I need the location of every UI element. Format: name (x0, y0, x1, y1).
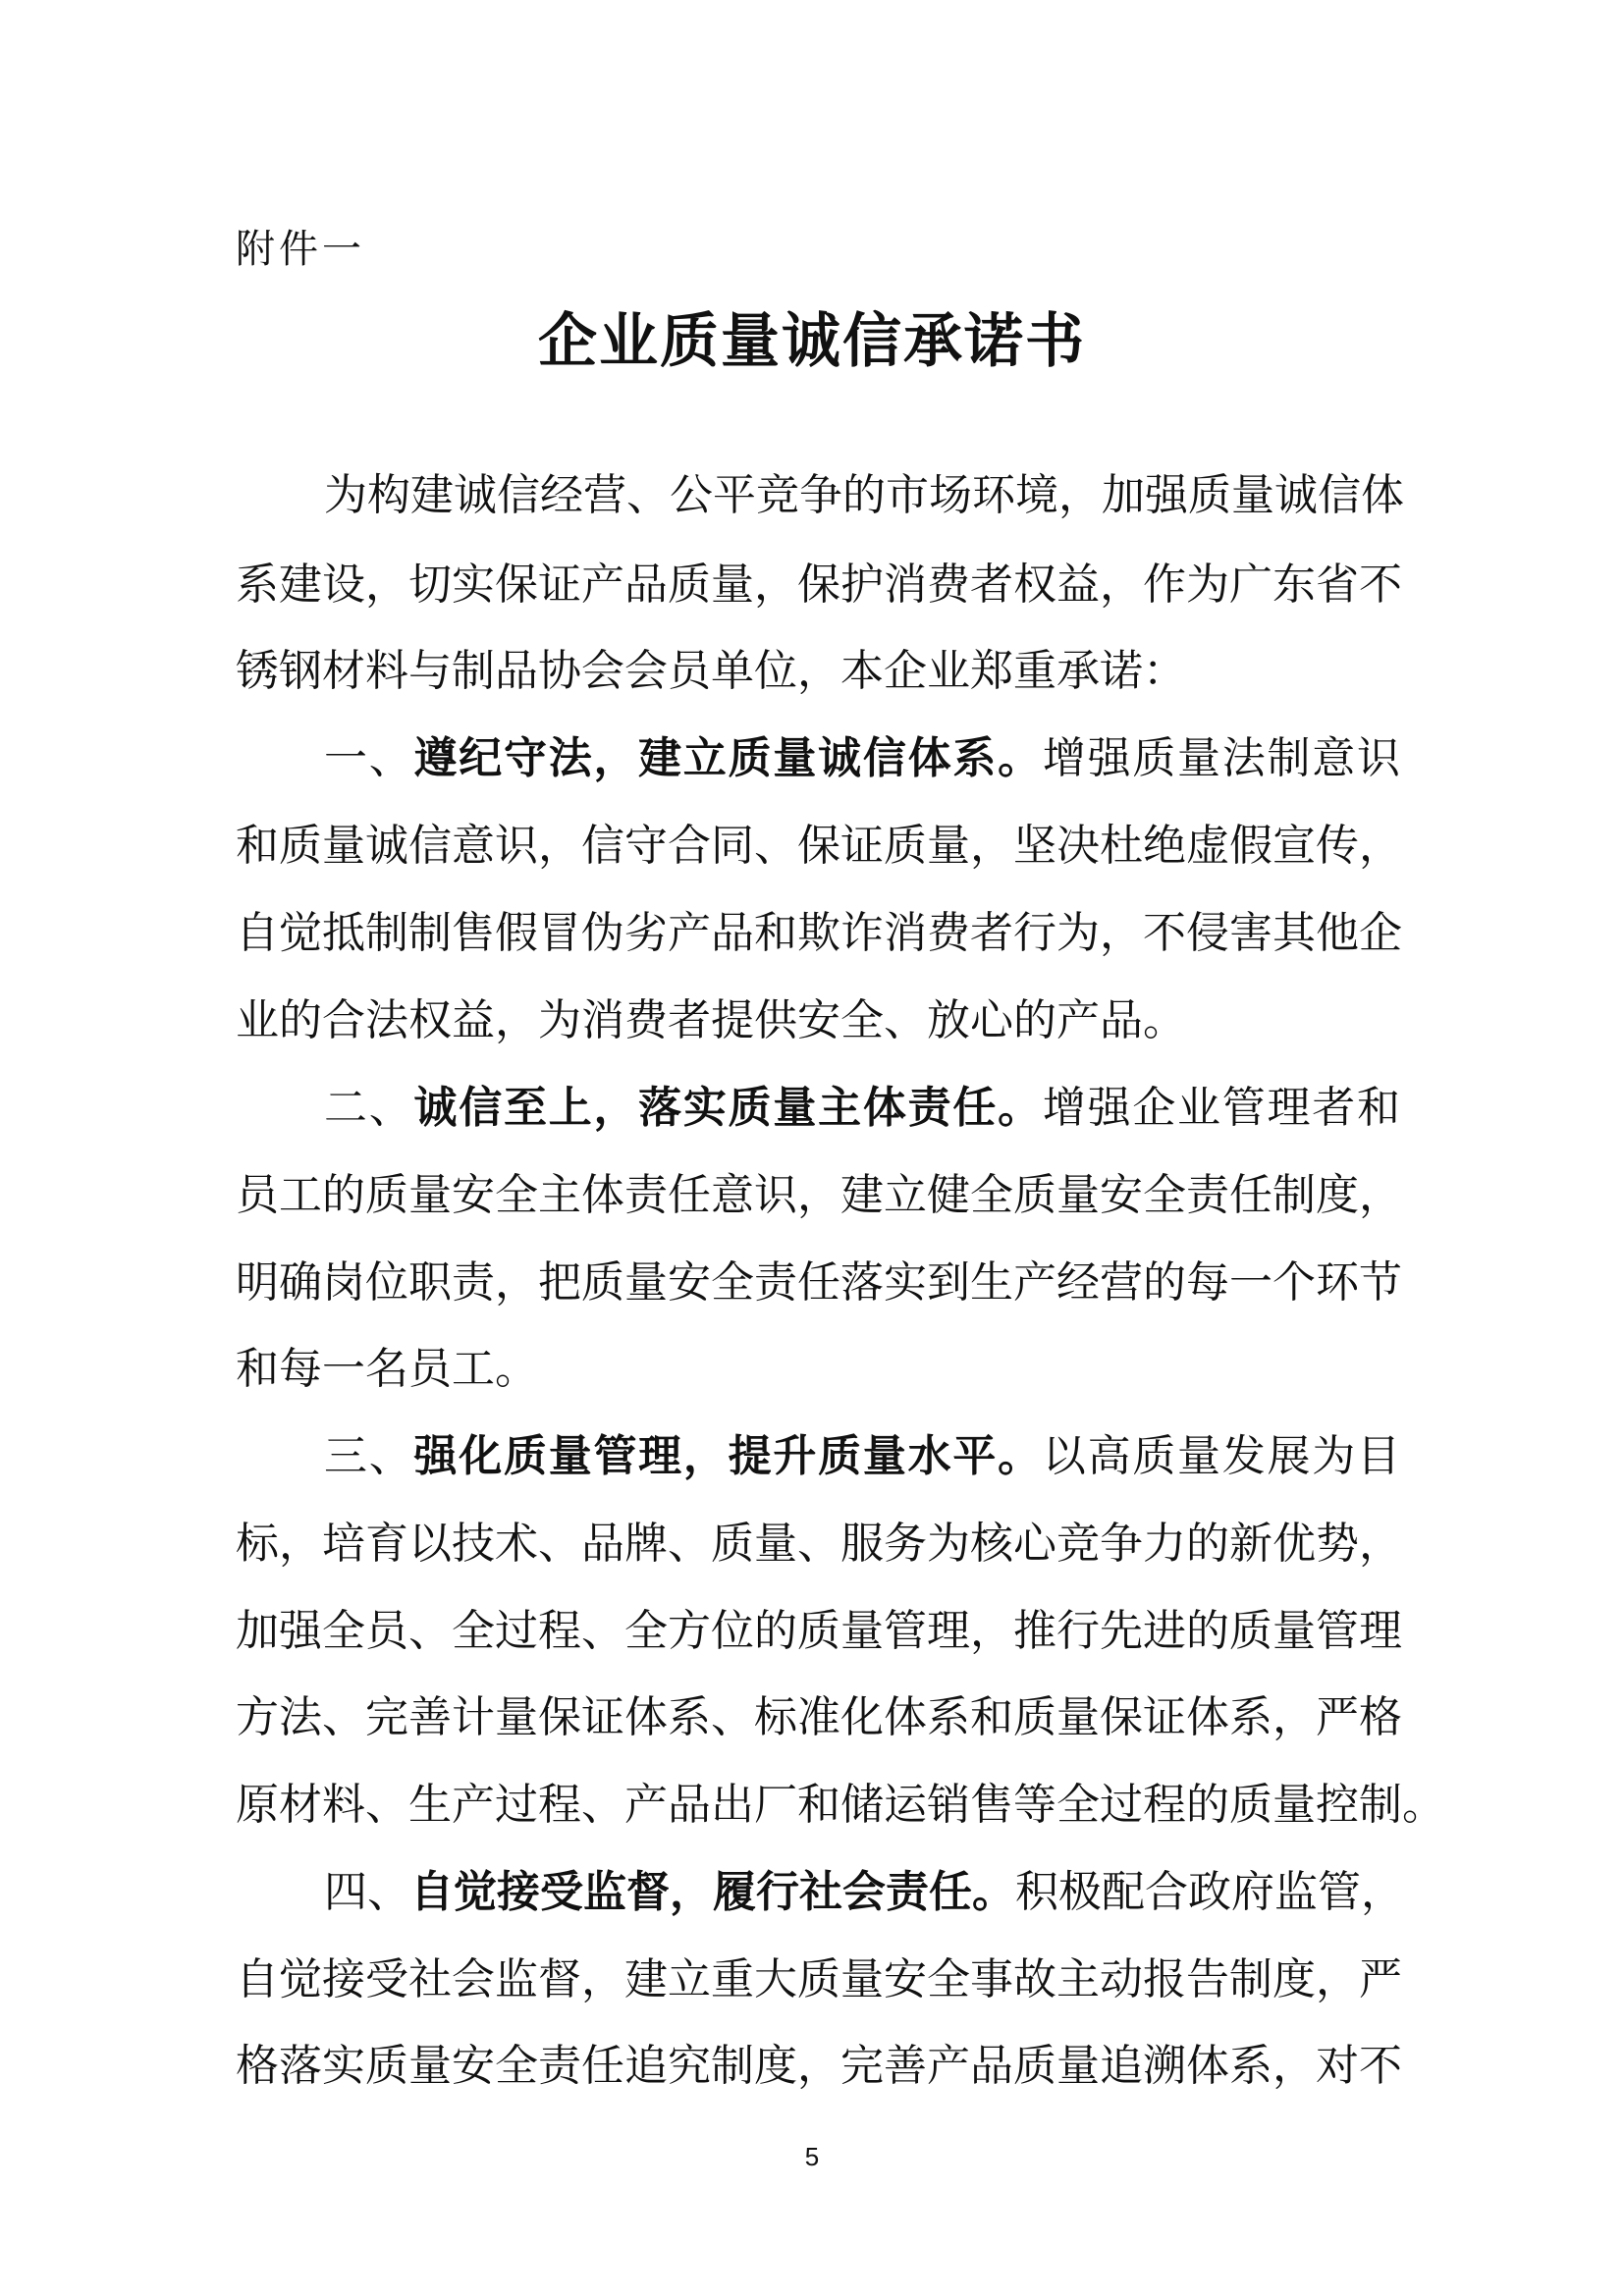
paragraph-line: 和质量诚信意识，信守合同、保证质量，坚决杜绝虚假宣传， (236, 817, 1400, 876)
commitment-number: 二、 (324, 1083, 413, 1133)
paragraph-line: 锈钢材料与制品协会会员单位，本企业郑重承诺： (236, 642, 1400, 701)
paragraph-line: 原材料、生产过程、产品出厂和储运销售等全过程的质量控制。 (236, 1776, 1400, 1835)
document-title: 企业质量诚信承诺书 (0, 294, 1624, 379)
commitment-text: 增强企业管理者和 (1043, 1083, 1400, 1133)
commitment-text: 以高质量发展为目 (1043, 1431, 1400, 1481)
paragraph-line: 和每一名员工。 (236, 1340, 1400, 1399)
paragraph-line: 标，培育以技术、品牌、质量、服务为核心竞争力的新优势， (236, 1515, 1400, 1574)
paragraph-line: 加强全员、全过程、全方位的质量管理，推行先进的质量管理 (236, 1602, 1400, 1661)
paragraph-line: 自觉接受社会监督，建立重大质量安全事故主动报告制度，严 (236, 1950, 1400, 2009)
attachment-label: 附件一 (236, 218, 365, 274)
paragraph-line: 自觉抵制制售假冒伪劣产品和欺诈消费者行为，不侵害其他企 (236, 904, 1400, 963)
commitment-text: 积极配合政府监管， (1015, 1867, 1404, 1917)
commitment-text: 增强质量法制意识 (1043, 733, 1400, 783)
commitment-first-line: 一、遵纪守法，建立质量诚信体系。增强质量法制意识 (324, 729, 1400, 788)
paragraph-line: 员工的质量安全主体责任意识，建立健全质量安全责任制度， (236, 1166, 1400, 1225)
commitment-number: 四、 (324, 1867, 410, 1917)
paragraph-line: 明确岗位职责，把质量安全责任落实到生产经营的每一个环节 (236, 1254, 1400, 1312)
paragraph-line: 方法、完善计量保证体系、标准化体系和质量保证体系，严格 (236, 1688, 1400, 1747)
commitment-number: 一、 (324, 733, 413, 783)
commitment-heading: 自觉接受监督，履行社会责任。 (410, 1867, 1015, 1917)
commitment-first-line: 四、自觉接受监督，履行社会责任。积极配合政府监管， (324, 1863, 1400, 1922)
commitment-heading: 遵纪守法，建立质量诚信体系。 (413, 733, 1042, 783)
paragraph-line: 为构建诚信经营、公平竞争的市场环境，加强质量诚信体 (324, 466, 1400, 525)
commitment-first-line: 二、诚信至上，落实质量主体责任。增强企业管理者和 (324, 1079, 1400, 1138)
commitment-heading: 诚信至上，落实质量主体责任。 (413, 1083, 1042, 1133)
commitment-number: 三、 (324, 1431, 413, 1481)
paragraph-line: 业的合法权益，为消费者提供安全、放心的产品。 (236, 991, 1400, 1050)
paragraph-line: 系建设，切实保证产品质量，保护消费者权益，作为广东省不 (236, 556, 1400, 614)
paragraph-line: 格落实质量安全责任追究制度，完善产品质量追溯体系，对不 (236, 2037, 1400, 2096)
commitment-heading: 强化质量管理，提升质量水平。 (413, 1431, 1042, 1481)
page-number: 5 (0, 2142, 1624, 2172)
commitment-first-line: 三、强化质量管理，提升质量水平。以高质量发展为目 (324, 1427, 1400, 1486)
